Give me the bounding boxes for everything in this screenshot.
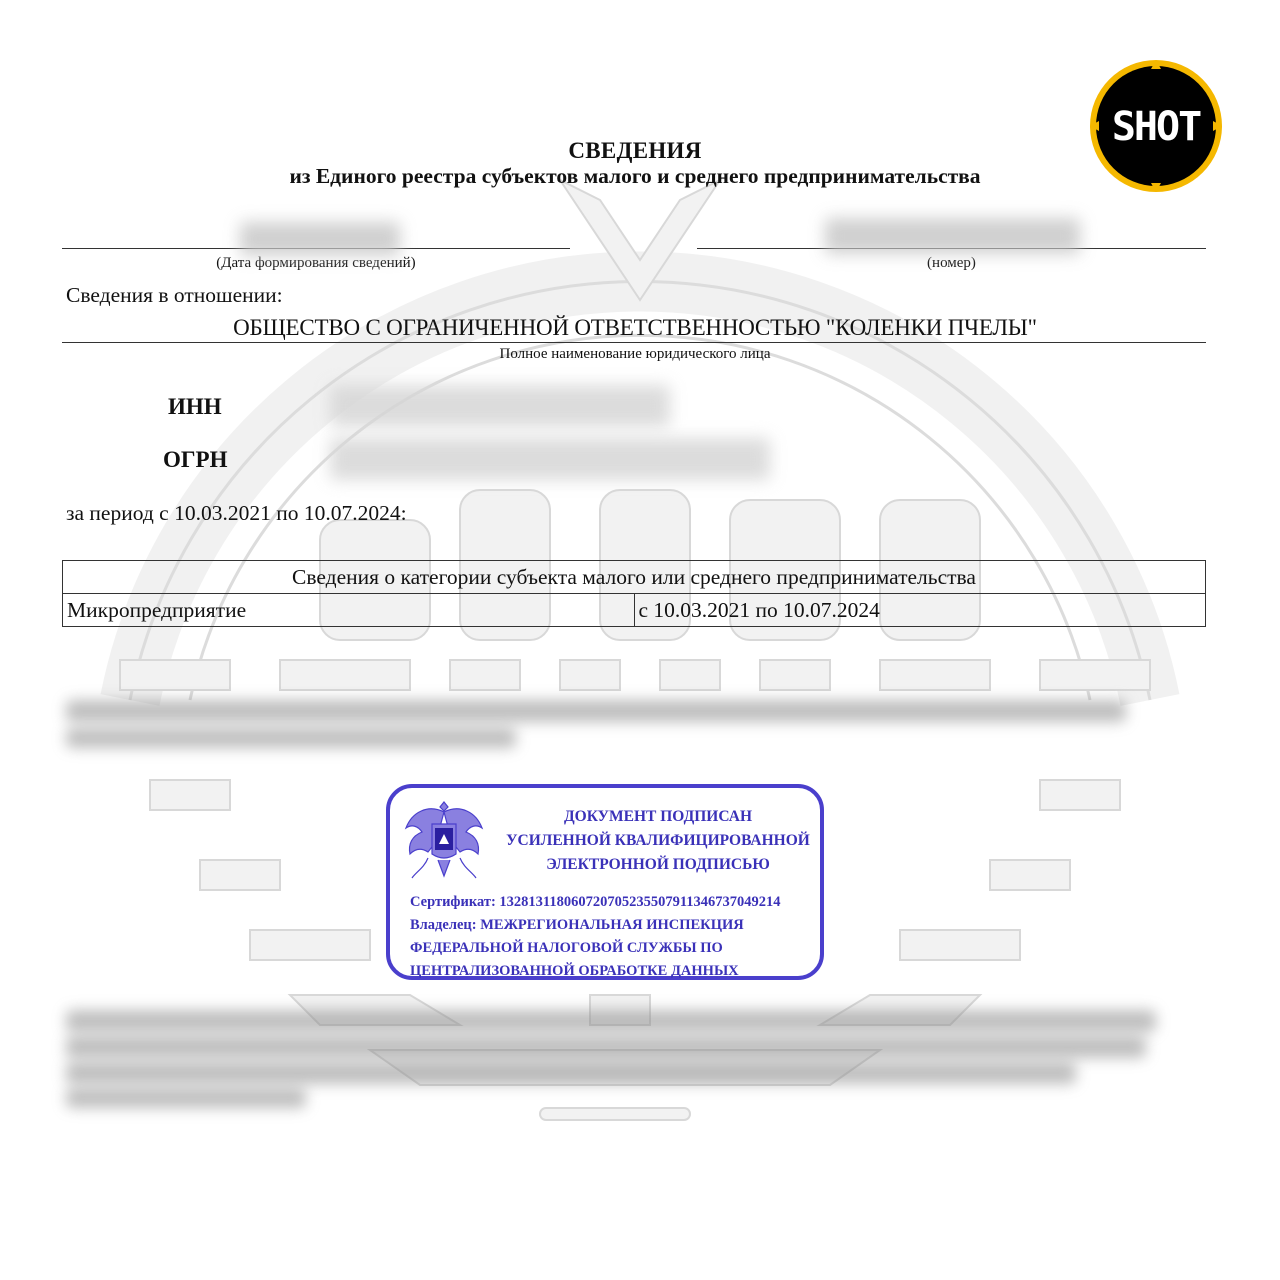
redacted-paragraph-2-line-2 xyxy=(66,1036,1146,1058)
redacted-ogrn xyxy=(330,438,770,480)
stamp-line-1: ДОКУМЕНТ ПОДПИСАН xyxy=(498,808,818,826)
shot-logo: SHOT xyxy=(1087,57,1225,195)
svg-text:SHOT: SHOT xyxy=(1112,104,1201,150)
org-name-line xyxy=(62,342,1206,343)
redacted-number xyxy=(825,218,1080,254)
redacted-date xyxy=(240,222,400,256)
stamp-line-3: ЭЛЕКТРОННОЙ ПОДПИСЬЮ xyxy=(498,856,818,874)
redacted-paragraph-2 xyxy=(66,1010,1156,1032)
category-table-header: Сведения о категории субъекта малого или… xyxy=(63,561,1206,594)
document-subtitle: из Единого реестра субъектов малого и ср… xyxy=(0,164,1270,189)
document-title: СВЕДЕНИЯ xyxy=(0,138,1270,164)
organization-caption: Полное наименование юридического лица xyxy=(62,346,1208,363)
redacted-paragraph-1 xyxy=(66,700,1126,722)
about-label: Сведения в отношении: xyxy=(66,283,283,308)
stamp-line-2: УСИЛЕННОЙ КВАЛИФИЦИРОВАННОЙ xyxy=(498,832,818,850)
ogrn-label: ОГРН xyxy=(163,447,227,473)
inn-label: ИНН xyxy=(168,394,222,420)
stamp-owner-2: ФЕДЕРАЛЬНОЙ НАЛОГОВОЙ СЛУЖБЫ ПО xyxy=(410,940,723,957)
redacted-paragraph-2-line-3 xyxy=(66,1062,1076,1084)
stamp-certificate: Сертификат: 1328131180607207052355079113… xyxy=(410,894,781,911)
redacted-inn xyxy=(330,385,670,427)
stamp-owner-3: ЦЕНТРАЛИЗОВАННОЙ ОБРАБОТКЕ ДАННЫХ xyxy=(410,963,739,980)
coat-of-arms-icon xyxy=(398,794,490,884)
table-row: Микропредприятие с 10.03.2021 по 10.07.2… xyxy=(63,594,1206,627)
category-table: Сведения о категории субъекта малого или… xyxy=(62,560,1206,627)
category-cell: Микропредприятие xyxy=(63,594,635,627)
category-period-cell: с 10.03.2021 по 10.07.2024 xyxy=(634,594,1206,627)
organization-name: ОБЩЕСТВО С ОГРАНИЧЕННОЙ ОТВЕТСТВЕННОСТЬЮ… xyxy=(62,315,1208,341)
number-caption: (номер) xyxy=(697,255,1206,272)
redacted-paragraph-2-line-4 xyxy=(66,1088,306,1108)
period-text: за период с 10.03.2021 по 10.07.2024: xyxy=(66,501,407,526)
stamp-owner-1: Владелец: МЕЖРЕГИОНАЛЬНАЯ ИНСПЕКЦИЯ xyxy=(410,917,744,934)
date-caption: (Дата формирования сведений) xyxy=(62,255,570,272)
signature-stamp: ДОКУМЕНТ ПОДПИСАН УСИЛЕННОЙ КВАЛИФИЦИРОВ… xyxy=(386,784,824,980)
redacted-paragraph-1-line-2 xyxy=(66,728,516,748)
